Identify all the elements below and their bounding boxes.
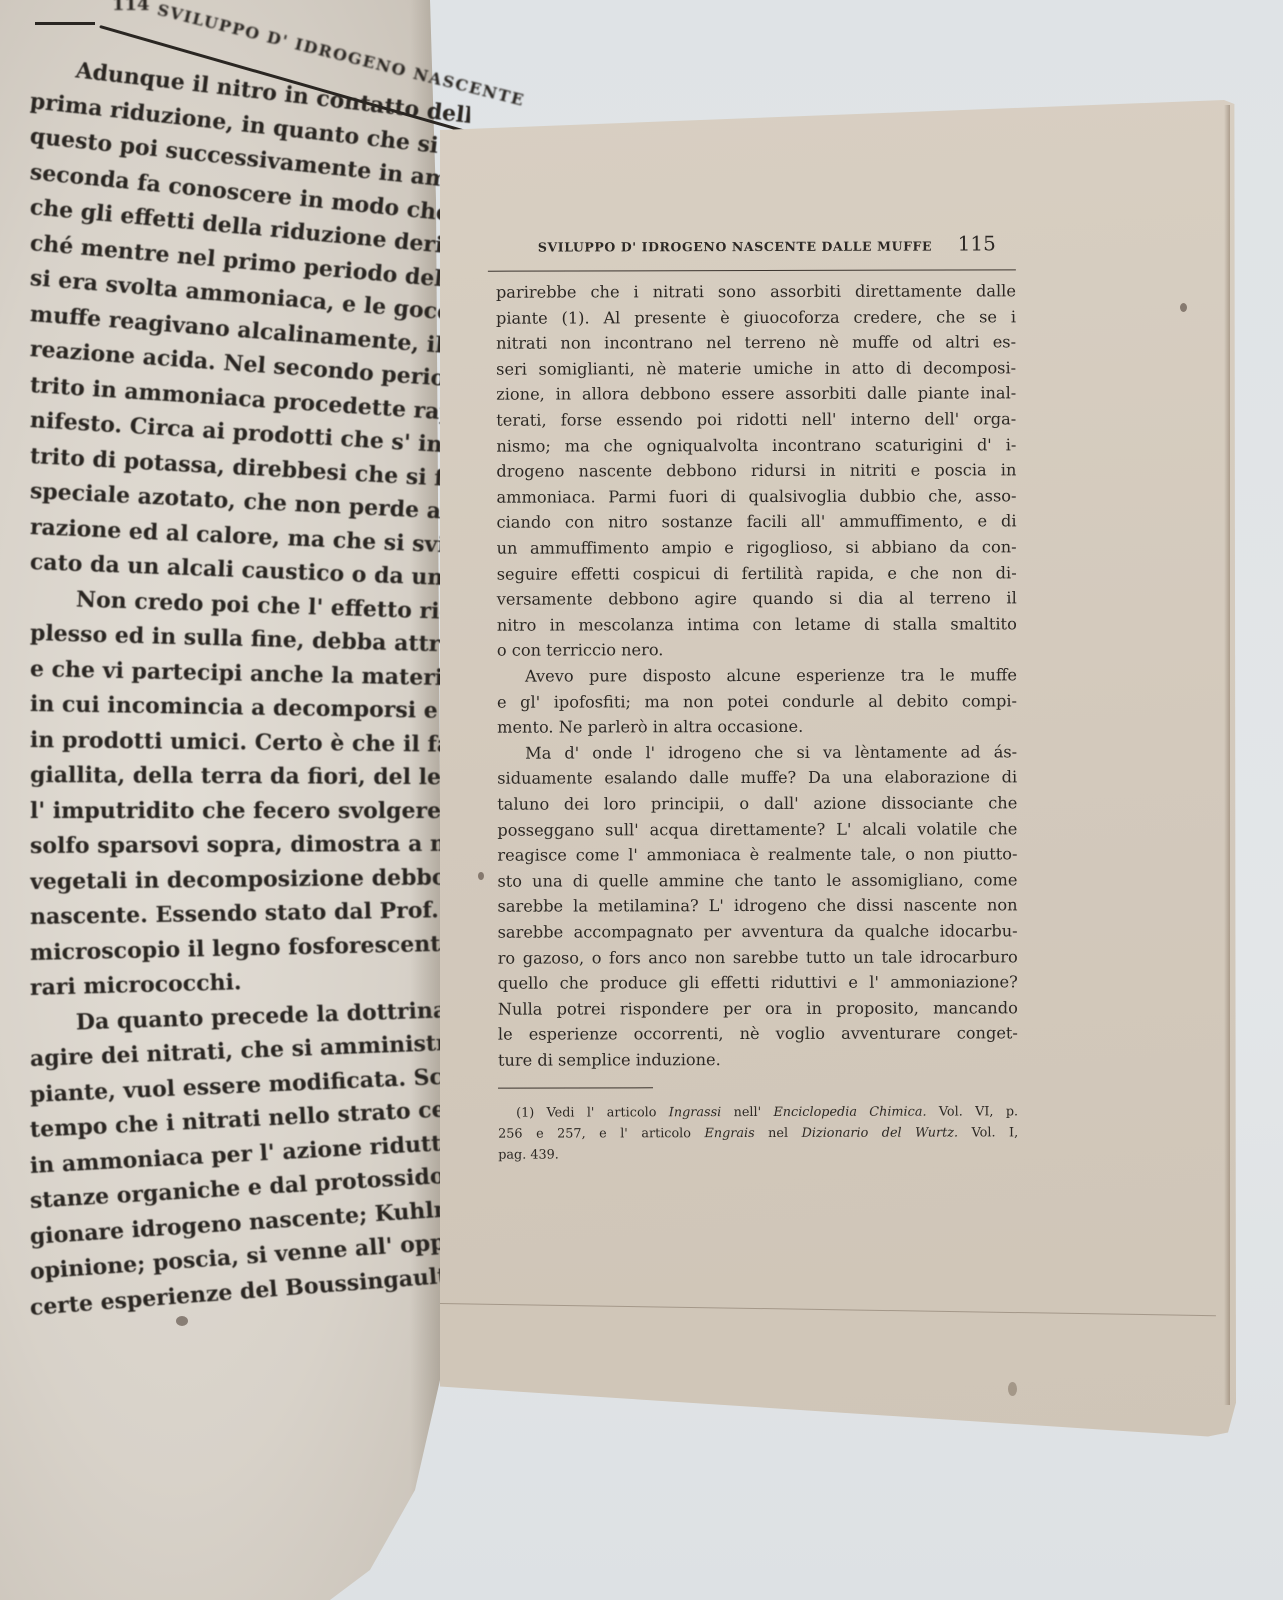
footnote-line: pag. 439. bbox=[498, 1143, 1018, 1165]
text-line: zione, in allora debbono essere assorbit… bbox=[496, 381, 1016, 408]
text-line: sarebbe accompagnato per avventura da qu… bbox=[498, 918, 1018, 945]
footnote-italic-enciclopedia: Enciclopedia Chimica. bbox=[773, 1105, 926, 1120]
text-line: ro gazoso, o fors anco non sarebbe tutto… bbox=[498, 944, 1018, 971]
footnote-line: 256 e 257, e l' articolo Engrais nel Diz… bbox=[498, 1122, 1018, 1144]
text-line: terati, forse essendo poi ridotti nell' … bbox=[496, 406, 1016, 433]
text-line: Nulla potrei rispondere per ora in propo… bbox=[498, 995, 1018, 1022]
body-paragraphs: parirebbe che i nitrati sono assorbiti d… bbox=[496, 278, 1018, 1073]
footnote-marker: (1) bbox=[516, 1106, 534, 1121]
paragraph: parirebbe che i nitrati sono assorbiti d… bbox=[496, 278, 1017, 663]
left-page-body: Adunque il nitro in contatto delleprima … bbox=[30, 0, 470, 1360]
footnote-text: Vedi l' articolo bbox=[547, 1105, 669, 1120]
text-line: nitro in mescolanza intima con letame di… bbox=[497, 611, 1017, 638]
text-line: drogeno nascente debbono ridursi in nitr… bbox=[496, 458, 1016, 485]
text-line: ammoniaca. Parmi fuori di qualsivoglia d… bbox=[496, 483, 1016, 510]
text-line: ciando con nitro sostanze facili all' am… bbox=[497, 509, 1017, 536]
footnote-italic-dizionario: Dizionario del Wurtz. bbox=[802, 1125, 959, 1140]
text-line: piante (1). Al presente è giuocoforza cr… bbox=[496, 304, 1016, 331]
text-line: versamente debbono agire quando si dia a… bbox=[497, 586, 1017, 613]
text-line: reagisce come l' ammoniaca è realmente t… bbox=[497, 841, 1017, 868]
text-line: o con terriccio nero. bbox=[497, 637, 1017, 664]
footnote-text: Vol. VI, p. bbox=[926, 1104, 1018, 1119]
text-line: nismo; ma che ogniqualvolta incontrano s… bbox=[496, 432, 1016, 459]
paragraph: Avevo pure disposto alcune esperienze tr… bbox=[497, 662, 1017, 740]
page-fold-line bbox=[440, 1303, 1216, 1316]
text-line: taluno dei loro principii, o dall' azion… bbox=[497, 790, 1017, 817]
text-line: siduamente esalando dalle muffe? Da una … bbox=[497, 765, 1017, 792]
text-line: un ammuffimento ampio e rigoglioso, si a… bbox=[497, 534, 1017, 561]
text-line: seri somiglianti, nè materie umiche in a… bbox=[496, 355, 1016, 382]
paragraph: Ma d' onde l' idrogeno che si va lèntame… bbox=[497, 739, 1018, 1073]
text-line: sarebbe la metilamina? L' idrogeno che d… bbox=[498, 893, 1018, 920]
text-line: nitrati non incontrano nel terreno nè mu… bbox=[496, 330, 1016, 357]
footnote-italic-ingrassi: Ingrassi bbox=[669, 1105, 722, 1120]
paper-stain bbox=[1008, 1382, 1017, 1396]
page-edge-shadow bbox=[1224, 105, 1230, 1405]
paper-stain bbox=[478, 872, 484, 880]
text-line: e gl' ipofosfiti; ma non potei condurle … bbox=[497, 688, 1017, 715]
footnote-text: Vol. I, bbox=[958, 1125, 1018, 1140]
text-line: ture di semplice induzione. bbox=[498, 1046, 1018, 1073]
header-rule bbox=[488, 269, 1016, 272]
footnote-text: 256 e 257, e l' articolo bbox=[498, 1126, 704, 1142]
paper-stain bbox=[176, 1316, 188, 1326]
text-line: parirebbe che i nitrati sono assorbiti d… bbox=[496, 278, 1016, 305]
footnote-italic-engrais: Engrais bbox=[704, 1126, 754, 1141]
footnote-rule bbox=[498, 1087, 653, 1089]
page-header: SVILUPPO D' IDROGENO NASCENTE DALLE MUFF… bbox=[496, 231, 1016, 260]
text-line: Avevo pure disposto alcune esperienze tr… bbox=[497, 662, 1017, 689]
text-line: giallita, della terra da fiori, del legn… bbox=[30, 758, 470, 796]
text-line: seguire effetti cospicui di fertilità ra… bbox=[497, 560, 1017, 587]
footnote-text: nell' bbox=[721, 1105, 773, 1120]
text-line: l' imputridito che fecero svolgere idrog… bbox=[30, 794, 470, 830]
running-head: SVILUPPO D' IDROGENO NASCENTE DALLE MUFF… bbox=[538, 234, 932, 261]
text-line: solfo sparsovi sopra, dimostra a mio avv… bbox=[30, 827, 470, 865]
text-line: quello che produce gli effetti riduttivi… bbox=[498, 969, 1018, 996]
text-line: Ma d' onde l' idrogeno che si va lèntame… bbox=[497, 739, 1017, 766]
footnote-text: nel bbox=[755, 1126, 802, 1141]
right-page-body: SVILUPPO D' IDROGENO NASCENTE DALLE MUFF… bbox=[496, 231, 1018, 1165]
footnote-line: (1) Vedi l' articolo Ingrassi nell' Enci… bbox=[498, 1101, 1018, 1123]
paper-stain bbox=[1180, 303, 1187, 312]
text-line: sto una di quelle ammine che tanto le as… bbox=[497, 867, 1017, 894]
text-line: posseggano sull' acqua direttamente? L' … bbox=[497, 816, 1017, 843]
text-line: in prodotti umici. Certo è che il fatto bbox=[30, 723, 470, 763]
page-number: 115 bbox=[958, 231, 996, 257]
footnote: (1) Vedi l' articolo Ingrassi nell' Enci… bbox=[498, 1101, 1018, 1165]
text-line: le esperienze occorrenti, nè voglio avve… bbox=[498, 1021, 1018, 1048]
text-line: mento. Ne parlerò in altra occasione. bbox=[497, 714, 1017, 741]
